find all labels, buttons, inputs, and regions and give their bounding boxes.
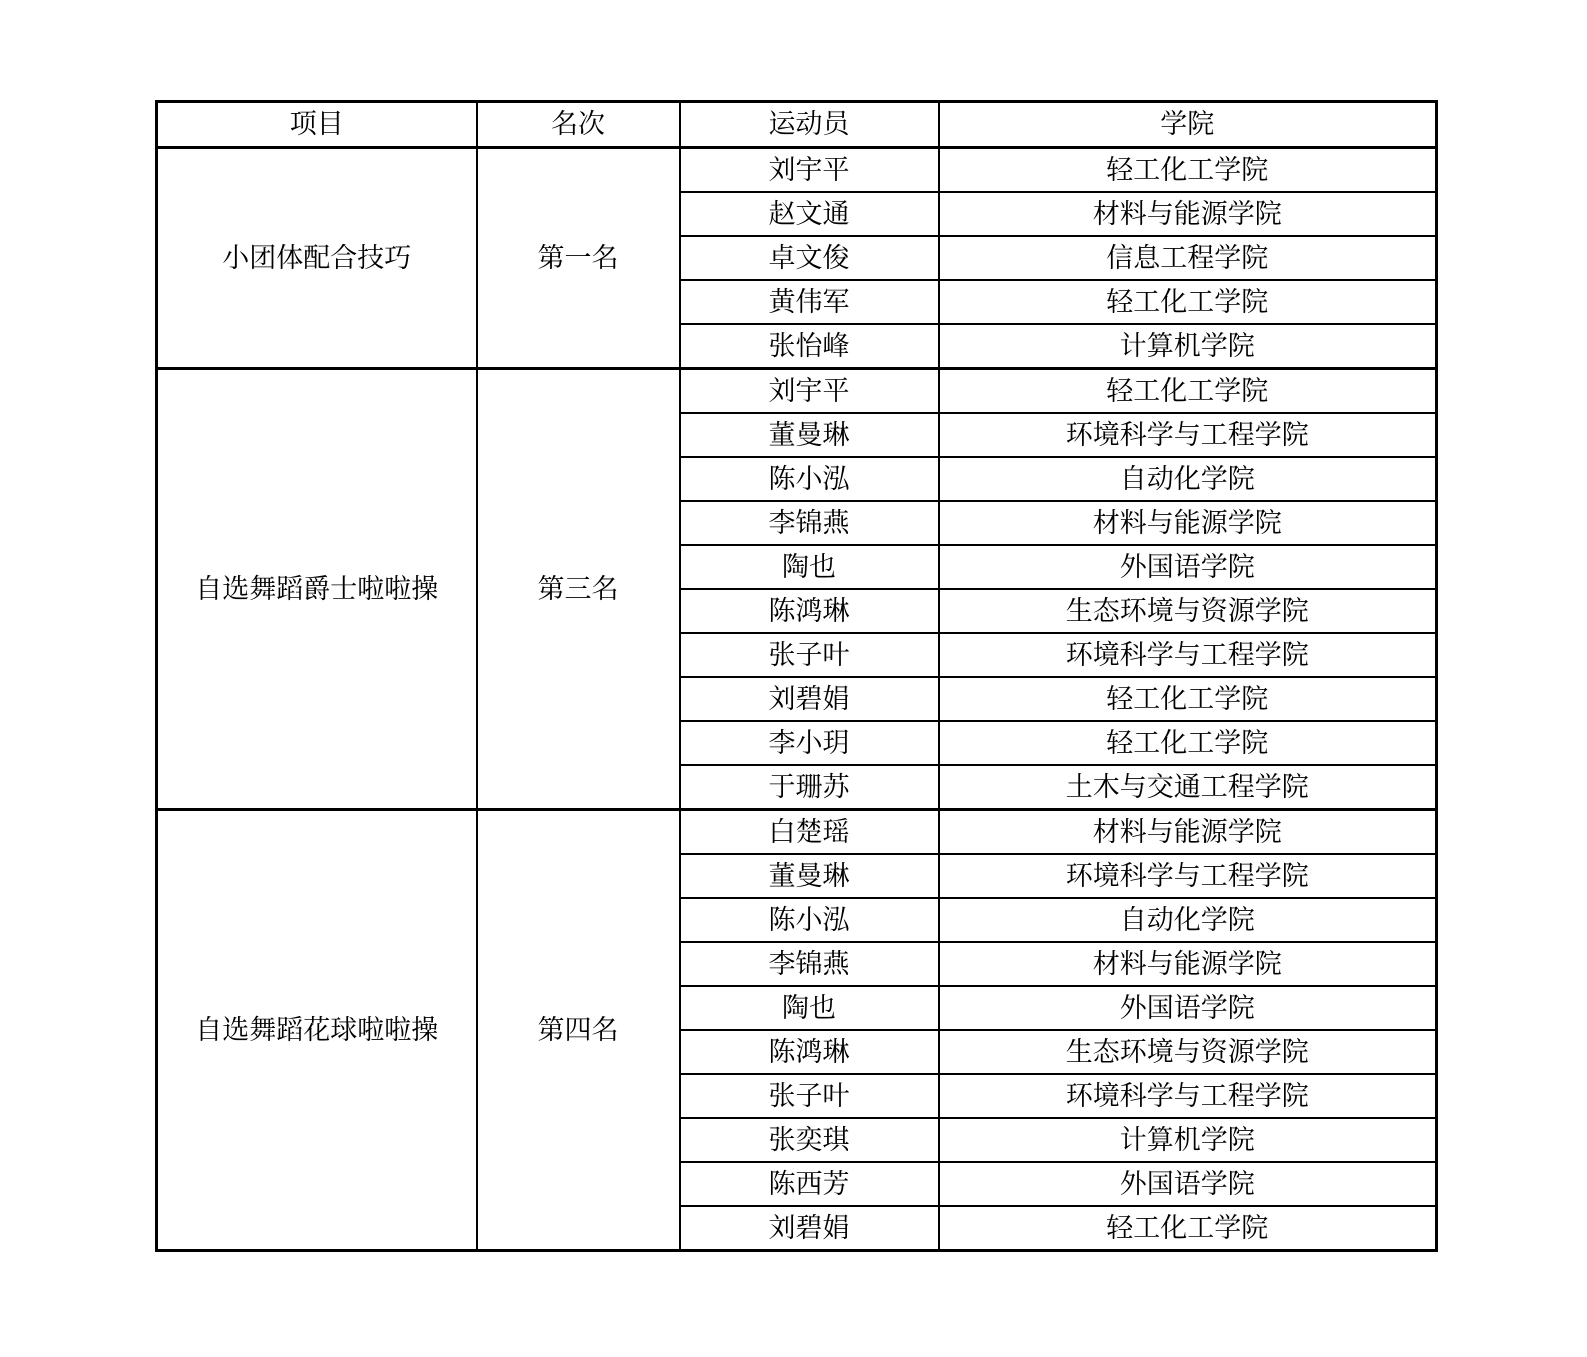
athlete-name-cell: 张子叶	[680, 1074, 939, 1118]
college-cell: 轻工化工学院	[939, 1206, 1437, 1251]
athlete-name-cell: 董曼琳	[680, 854, 939, 898]
rank-cell: 第一名	[477, 148, 680, 369]
college-cell: 外国语学院	[939, 1162, 1437, 1206]
athlete-name-cell: 陈鸿琳	[680, 1030, 939, 1074]
college-cell: 信息工程学院	[939, 236, 1437, 280]
project-cell: 自选舞蹈花球啦啦操	[157, 810, 477, 1251]
college-cell: 轻工化工学院	[939, 369, 1437, 414]
table-body: 小团体配合技巧第一名刘宇平轻工化工学院赵文通材料与能源学院卓文俊信息工程学院黄伟…	[157, 148, 1437, 1251]
college-cell: 自动化学院	[939, 457, 1437, 501]
college-cell: 环境科学与工程学院	[939, 413, 1437, 457]
project-cell: 自选舞蹈爵士啦啦操	[157, 369, 477, 810]
table-row: 自选舞蹈爵士啦啦操第三名刘宇平轻工化工学院	[157, 369, 1437, 414]
athlete-name-cell: 刘宇平	[680, 369, 939, 414]
document-page: 项目名次运动员学院 小团体配合技巧第一名刘宇平轻工化工学院赵文通材料与能源学院卓…	[0, 0, 1587, 1357]
athlete-name-cell: 董曼琳	[680, 413, 939, 457]
athlete-name-cell: 陈西芳	[680, 1162, 939, 1206]
athlete-name-cell: 刘碧娟	[680, 677, 939, 721]
athlete-name-cell: 卓文俊	[680, 236, 939, 280]
athlete-name-cell: 李小玥	[680, 721, 939, 765]
column-header: 学院	[939, 102, 1437, 148]
rank-cell: 第四名	[477, 810, 680, 1251]
athlete-name-cell: 刘宇平	[680, 148, 939, 193]
college-cell: 环境科学与工程学院	[939, 1074, 1437, 1118]
athlete-name-cell: 张怡峰	[680, 324, 939, 369]
athlete-name-cell: 赵文通	[680, 192, 939, 236]
college-cell: 材料与能源学院	[939, 192, 1437, 236]
athlete-name-cell: 白楚瑶	[680, 810, 939, 855]
project-cell: 小团体配合技巧	[157, 148, 477, 369]
college-cell: 轻工化工学院	[939, 148, 1437, 193]
table-header: 项目名次运动员学院	[157, 102, 1437, 148]
athlete-name-cell: 陈鸿琳	[680, 589, 939, 633]
college-cell: 材料与能源学院	[939, 810, 1437, 855]
table-row: 小团体配合技巧第一名刘宇平轻工化工学院	[157, 148, 1437, 193]
college-cell: 外国语学院	[939, 545, 1437, 589]
athlete-name-cell: 陈小泓	[680, 457, 939, 501]
college-cell: 自动化学院	[939, 898, 1437, 942]
college-cell: 计算机学院	[939, 324, 1437, 369]
college-cell: 环境科学与工程学院	[939, 633, 1437, 677]
athlete-name-cell: 李锦燕	[680, 501, 939, 545]
athlete-name-cell: 黄伟军	[680, 280, 939, 324]
college-cell: 轻工化工学院	[939, 677, 1437, 721]
athlete-name-cell: 陈小泓	[680, 898, 939, 942]
column-header: 项目	[157, 102, 477, 148]
athlete-name-cell: 于珊苏	[680, 765, 939, 810]
athlete-name-cell: 张子叶	[680, 633, 939, 677]
athlete-name-cell: 刘碧娟	[680, 1206, 939, 1251]
college-cell: 轻工化工学院	[939, 280, 1437, 324]
results-table: 项目名次运动员学院 小团体配合技巧第一名刘宇平轻工化工学院赵文通材料与能源学院卓…	[155, 100, 1438, 1252]
college-cell: 环境科学与工程学院	[939, 854, 1437, 898]
college-cell: 材料与能源学院	[939, 501, 1437, 545]
table-row: 自选舞蹈花球啦啦操第四名白楚瑶材料与能源学院	[157, 810, 1437, 855]
college-cell: 计算机学院	[939, 1118, 1437, 1162]
column-header: 名次	[477, 102, 680, 148]
header-row: 项目名次运动员学院	[157, 102, 1437, 148]
athlete-name-cell: 陶也	[680, 986, 939, 1030]
athlete-name-cell: 张奕琪	[680, 1118, 939, 1162]
college-cell: 外国语学院	[939, 986, 1437, 1030]
column-header: 运动员	[680, 102, 939, 148]
college-cell: 生态环境与资源学院	[939, 589, 1437, 633]
college-cell: 生态环境与资源学院	[939, 1030, 1437, 1074]
college-cell: 材料与能源学院	[939, 942, 1437, 986]
college-cell: 土木与交通工程学院	[939, 765, 1437, 810]
college-cell: 轻工化工学院	[939, 721, 1437, 765]
athlete-name-cell: 李锦燕	[680, 942, 939, 986]
athlete-name-cell: 陶也	[680, 545, 939, 589]
rank-cell: 第三名	[477, 369, 680, 810]
